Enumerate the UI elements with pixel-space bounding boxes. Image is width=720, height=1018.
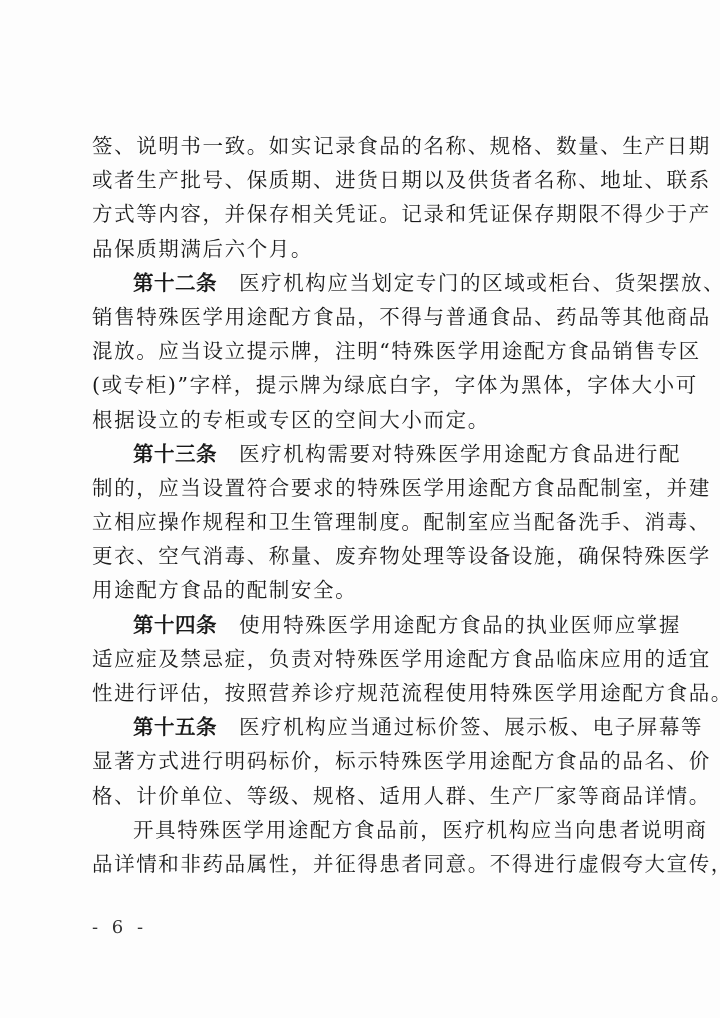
article-14: 第十四条使用特殊医学用途配方食品的执业医师应掌握 适应症及禁忌症，负责对特殊医学… — [92, 608, 638, 711]
article-number: 第十五条 — [133, 715, 217, 739]
article-first-line: 第十四条使用特殊医学用途配方食品的执业医师应掌握 — [92, 608, 638, 642]
article-15: 第十五条医疗机构应当通过标价签、展示板、电子屏幕等 显著方式进行明码标价，标示特… — [92, 710, 638, 813]
document-body: 签、说明书一致。如实记录食品的名称、规格、数量、生产日期 或者生产批号、保质期、… — [92, 129, 638, 881]
text-line: 性进行评估，按照营养诊疗规范流程使用特殊医学用途配方食品。 — [92, 676, 638, 710]
text-line: 立相应操作规程和卫生管理制度。配制室应当配备洗手、消毒、 — [92, 505, 638, 539]
text-line: 混放。应当设立提示牌，注明“特殊医学用途配方食品销售专区 — [92, 334, 638, 368]
article-first-line: 第十五条医疗机构应当通过标价签、展示板、电子屏幕等 — [92, 710, 638, 744]
continuation-paragraph: 签、说明书一致。如实记录食品的名称、规格、数量、生产日期 或者生产批号、保质期、… — [92, 129, 638, 266]
text-line: 制的，应当设置符合要求的特殊医学用途配方食品配制室，并建 — [92, 471, 638, 505]
article-13: 第十三条医疗机构需要对特殊医学用途配方食品进行配 制的，应当设置符合要求的特殊医… — [92, 437, 638, 608]
document-page: 签、说明书一致。如实记录食品的名称、规格、数量、生产日期 或者生产批号、保质期、… — [0, 0, 720, 1018]
article-first-line: 第十二条医疗机构应当划定专门的区域或柜台、货架摆放、 — [92, 266, 638, 300]
article-number: 第十四条 — [133, 613, 217, 637]
text-line: 签、说明书一致。如实记录食品的名称、规格、数量、生产日期 — [92, 129, 638, 163]
paragraph: 开具特殊医学用途配方食品前，医疗机构应当向患者说明商 品详情和非药品属性，并征得… — [92, 813, 638, 881]
text-line: 格、计价单位、等级、规格、适用人群、生产厂家等商品详情。 — [92, 779, 638, 813]
text-line: 品保质期满后六个月。 — [92, 232, 638, 266]
article-text: 医疗机构应当通过标价签、展示板、电子屏幕等 — [239, 715, 703, 739]
article-number: 第十三条 — [133, 442, 217, 466]
article-12: 第十二条医疗机构应当划定专门的区域或柜台、货架摆放、 销售特殊医学用途配方食品，… — [92, 266, 638, 437]
article-text: 使用特殊医学用途配方食品的执业医师应掌握 — [239, 613, 681, 637]
paragraph-first-line: 开具特殊医学用途配方食品前，医疗机构应当向患者说明商 — [92, 813, 638, 847]
text-line: (或专柜)”字样，提示牌为绿底白字，字体为黑体，字体大小可 — [92, 368, 638, 402]
text-line: 方式等内容，并保存相关凭证。记录和凭证保存期限不得少于产 — [92, 197, 638, 231]
text-line: 更衣、空气消毒、称量、废弃物处理等设备设施，确保特殊医学 — [92, 539, 638, 573]
article-text: 医疗机构应当划定专门的区域或柜台、货架摆放、 — [239, 271, 720, 295]
article-text: 医疗机构需要对特殊医学用途配方食品进行配 — [239, 442, 681, 466]
text-line: 适应症及禁忌症，负责对特殊医学用途配方食品临床应用的适宜 — [92, 642, 638, 676]
page-number: - 6 - — [92, 917, 147, 938]
text-line: 用途配方食品的配制安全。 — [92, 573, 638, 607]
article-first-line: 第十三条医疗机构需要对特殊医学用途配方食品进行配 — [92, 437, 638, 471]
text-line: 根据设立的专柜或专区的空间大小而定。 — [92, 403, 638, 437]
article-number: 第十二条 — [133, 271, 217, 295]
text-line: 销售特殊医学用途配方食品，不得与普通食品、药品等其他商品 — [92, 300, 638, 334]
text-line: 品详情和非药品属性，并征得患者同意。不得进行虚假夸大宣传， — [92, 847, 638, 881]
text-line: 显著方式进行明码标价，标示特殊医学用途配方食品的品名、价 — [92, 744, 638, 778]
text-line: 或者生产批号、保质期、进货日期以及供货者名称、地址、联系 — [92, 163, 638, 197]
